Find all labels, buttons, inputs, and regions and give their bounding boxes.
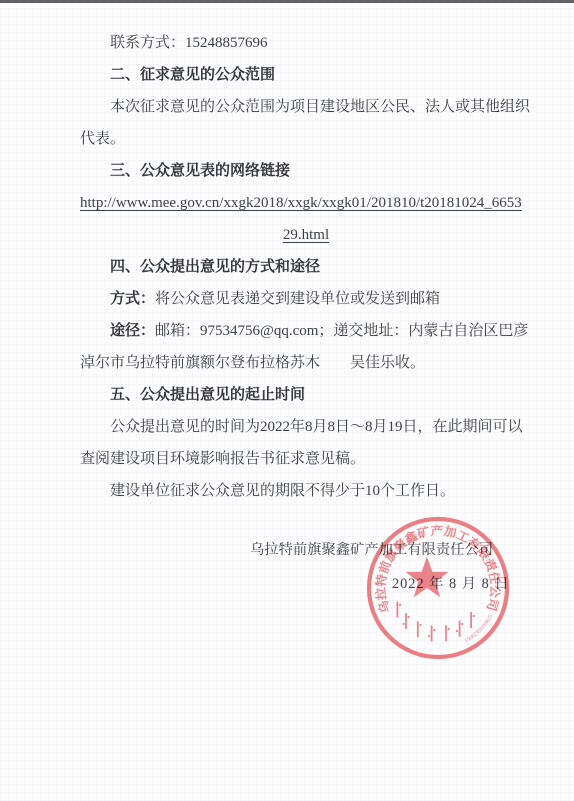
channel-line-2: 淖尔市乌拉特前旗额尔登布拉格苏木 吴佳乐收。 (80, 347, 532, 379)
method-line-label: 方式： (110, 291, 155, 307)
scope-para-line-1: 本次征求意见的公众范围为项目建设地区公民、法人或其他组织 (80, 91, 532, 123)
document-body: 联系方式：15248857696二、征求意见的公众范围本次征求意见的公众范围为项… (80, 27, 532, 507)
seal-star-icon (406, 557, 449, 598)
section-4-heading: 四、公众提出意见的方式和途径 (80, 251, 532, 283)
company-seal: 乌拉特前旗聚鑫矿产加工有限责任公司 15082301910625 1122 (363, 512, 513, 662)
contact-line: 联系方式：15248857696 (80, 27, 532, 59)
link-line-2: 29.html (80, 219, 532, 251)
seal-ring (369, 519, 507, 657)
time-para-line-1: 公众提出意见的时间为2022年8月8日～8月19日，在此期间可以 (80, 411, 532, 443)
channel-line-1: 途径：邮箱：97534756@qq.com；递交地址：内蒙古自治区巴彦 (80, 315, 532, 347)
section-5-heading: 五、公众提出意见的起止时间 (80, 379, 532, 411)
scanned-document-page: 联系方式：15248857696二、征求意见的公众范围本次征求意见的公众范围为项… (0, 0, 574, 801)
scope-para-line-2: 代表。 (80, 123, 532, 155)
channel-line-1-label: 途径： (110, 323, 155, 339)
link-line-1: http://www.mee.gov.cn/xxgk2018/xxgk/xxgk… (80, 187, 532, 219)
method-line: 方式：将公众意见表递交到建设单位或发送到邮箱 (80, 283, 532, 315)
seal-mongolian-script (397, 602, 474, 642)
duration-line: 建设单位征求公众意见的期限不得少于10个工作日。 (80, 475, 532, 507)
seal-code-text: 15082301910625 (464, 614, 495, 645)
scan-edge-top (0, 0, 574, 3)
section-3-heading: 三、公众意见表的网络链接 (80, 155, 532, 187)
time-para-line-2: 查阅建设项目环境影响报告书征求意见稿。 (80, 443, 532, 475)
section-2-heading: 二、征求意见的公众范围 (80, 59, 532, 91)
